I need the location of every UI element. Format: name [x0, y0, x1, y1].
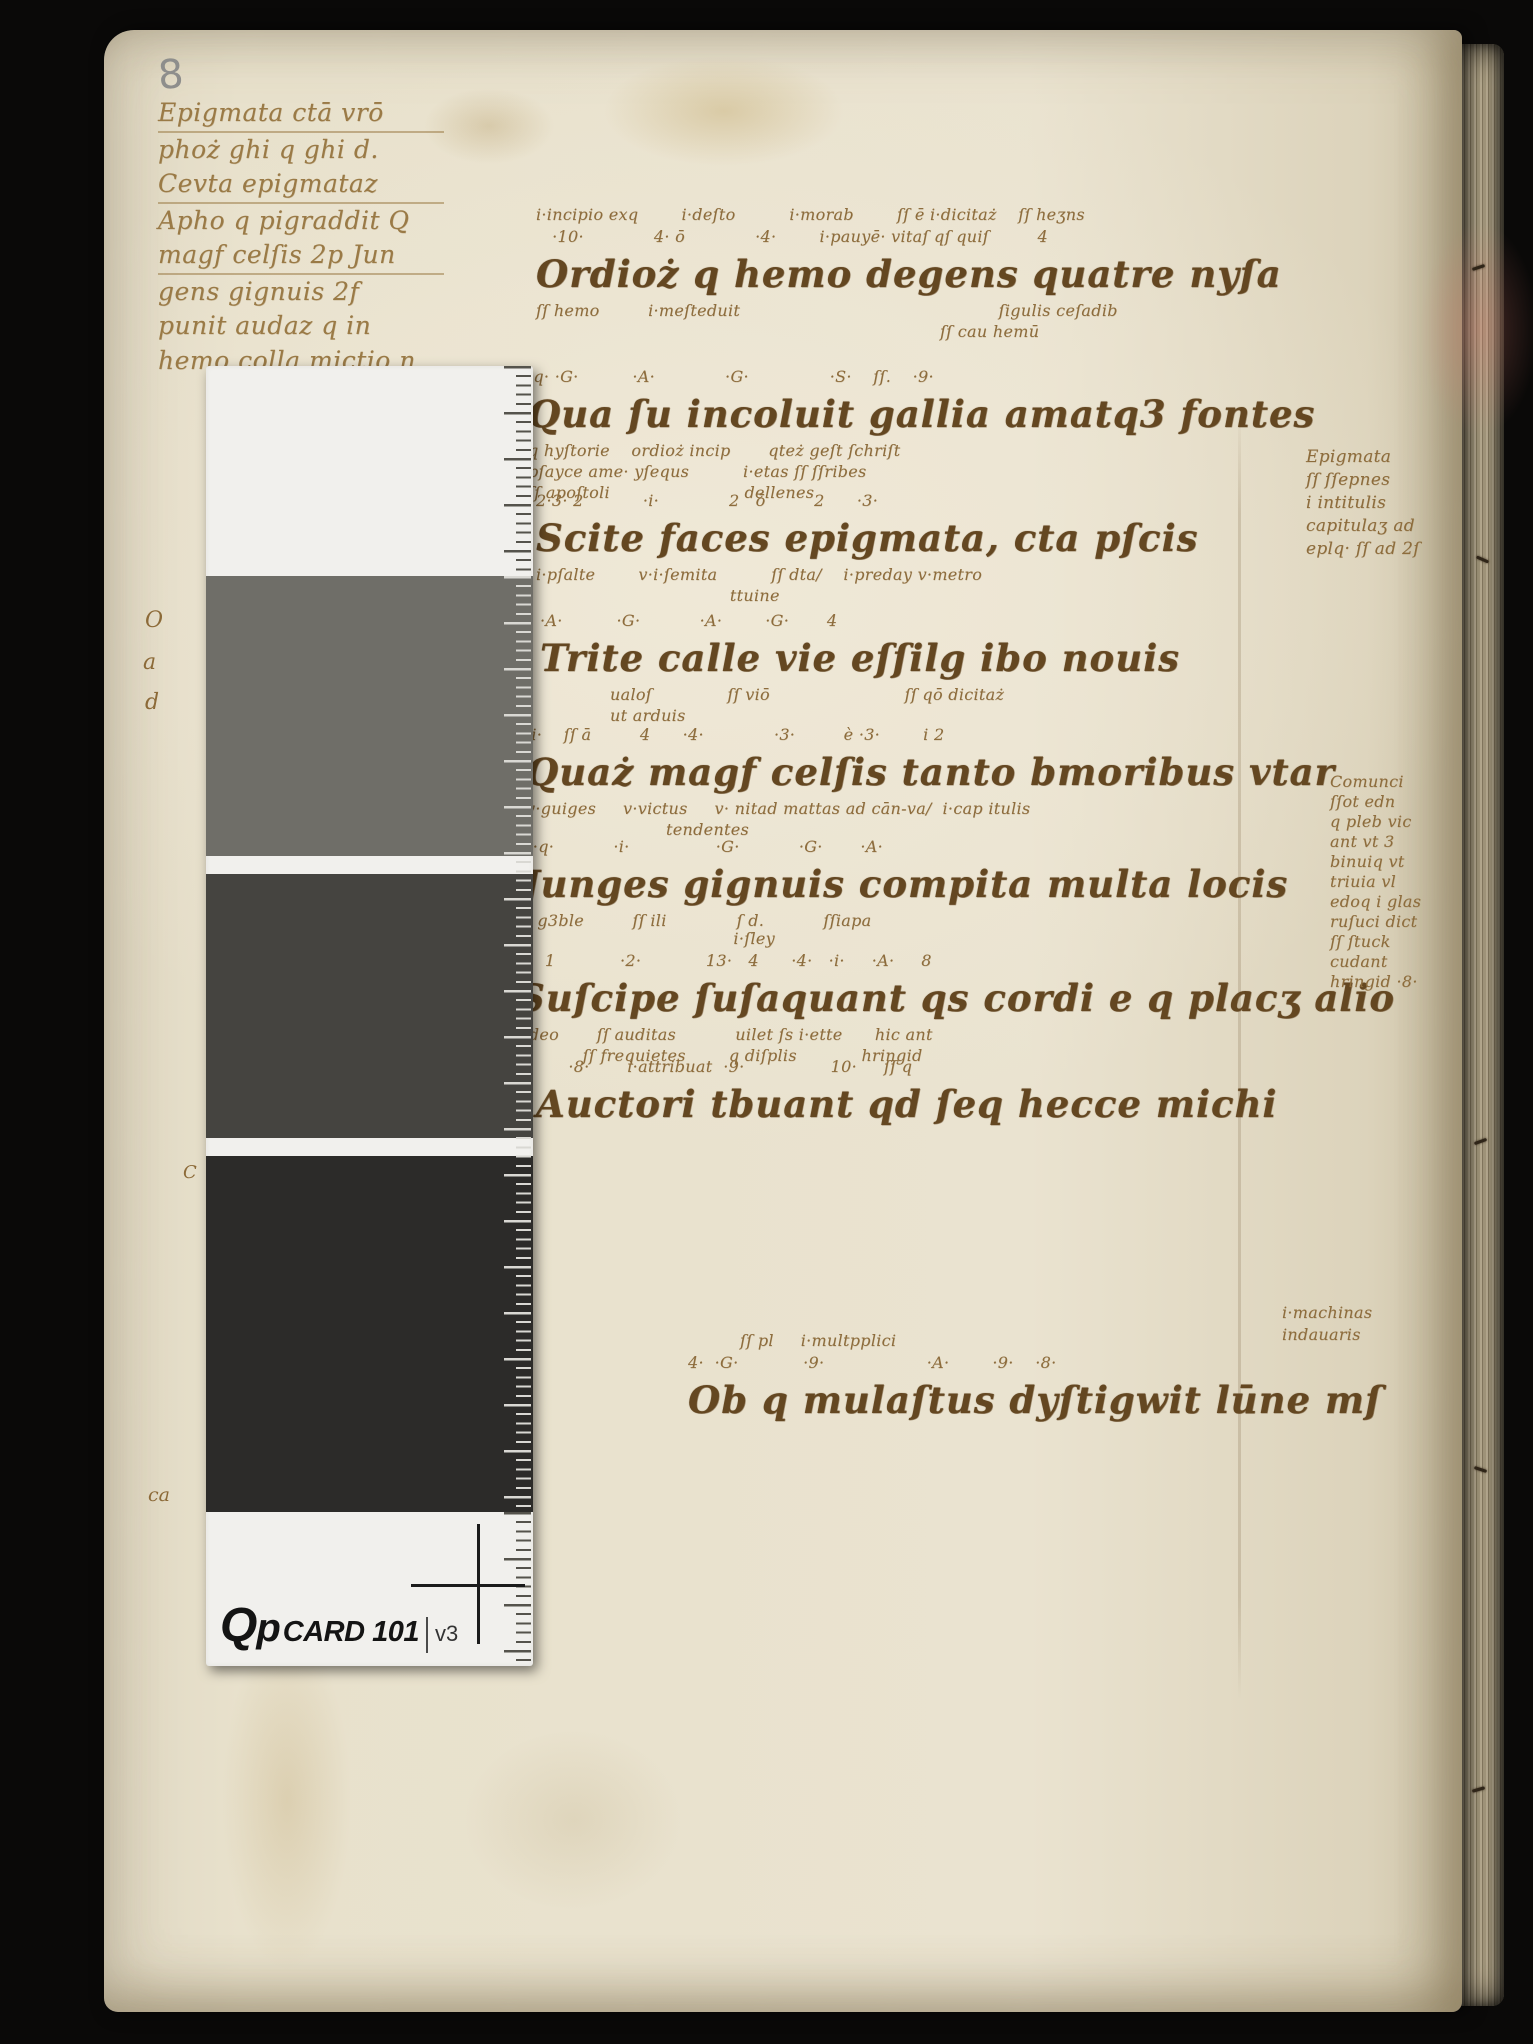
- verse-line-8: ·8· i·attribuat ·9· 10· ſſ q Auctori tbu…: [536, 1056, 1336, 1130]
- margin-gloss-line: hringid ·8·: [1330, 972, 1421, 992]
- margin-note-line: Epigmata ctā vrō: [158, 96, 444, 133]
- interlinear-gloss: ·q· ·G· ·A· ·G· ·S· ſſ. ·9·: [528, 366, 1328, 388]
- black-patch: [206, 1156, 533, 1512]
- interlinear-gloss: i·ſley: [518, 928, 1318, 950]
- right-margin-note-b: Comunci ſſot edn q pleb vic ant vt 3 bin…: [1330, 772, 1421, 992]
- verse-text: Trite calle vie eſſilg ibo nouis: [540, 632, 1340, 684]
- ruler-ticks: [501, 366, 531, 576]
- interlinear-gloss: q hyſtorie ordioż incip qteż geſt ſchriſ…: [528, 440, 1328, 461]
- verse-line-1: i·incipio exq i·deſto i·morab ſſ ē i·dic…: [536, 204, 1336, 342]
- margin-note-line: magf celſis 2p Jun: [158, 238, 444, 275]
- interlinear-gloss: i ·q· ·i· ·G· ·G· ·A·: [522, 836, 1322, 858]
- verse-line-5: ·i· ſſ ā 4 ·4· ·3· è ·3· i 2 Quaż magf c…: [526, 724, 1326, 840]
- margin-gloss-line: Comunci: [1330, 772, 1421, 792]
- verse-text: Scite faces epigmata, cta pſcis: [536, 512, 1336, 564]
- verse-line-6: i ·q· ·i· ·G· ·G· ·A· Junges gignuis com…: [522, 836, 1322, 931]
- interlinear-gloss: i·pſalte v·i·ſemita ſſ dta/ i·preday v·m…: [536, 564, 1336, 585]
- margin-fragment: O: [145, 608, 163, 633]
- grey-patch-dark: [206, 874, 533, 1138]
- verse-line-3: 2·3· 2 ·i· 2 ō 2 ·3· Scite faces epigmat…: [536, 490, 1336, 606]
- interlinear-gloss: ·8· i·attribuat ·9· 10· ſſ q: [536, 1056, 1336, 1078]
- interlinear-gloss: ut arduis: [540, 705, 1340, 726]
- interlinear-gloss: i·incipio exq i·deſto i·morab ſſ ē i·dic…: [536, 204, 1336, 226]
- verse-text: Quaż magf celſis tanto bmoribus vtar: [526, 746, 1326, 798]
- margin-fragment: d: [145, 690, 159, 715]
- stain: [604, 56, 844, 166]
- margin-gloss-line: q pleb vic: [1330, 812, 1421, 832]
- verse-text: Qua ſu incoluit gallia amatq3 fontes: [528, 388, 1328, 440]
- interlinear-gloss: ualoſ ſſ viō ſſ qō dicitaż: [540, 684, 1340, 705]
- margin-gloss-line: i intitulis: [1306, 492, 1420, 515]
- verse-text: Ob q mulaſtus dyſtigwit lūne mſ: [688, 1374, 1488, 1426]
- ruler-ticks: [501, 576, 531, 1512]
- margin-gloss-line: capitulaʒ ad: [1306, 515, 1420, 538]
- margin-note-line: punit audaz q in: [158, 309, 444, 344]
- margin-note-line: phoż ghi q ghi d.: [158, 133, 444, 168]
- crosshair-icon: [477, 1524, 480, 1644]
- verse-line-2: ·q· ·G· ·A· ·G· ·S· ſſ. ·9· Qua ſu incol…: [528, 366, 1328, 503]
- book-fore-edge: [1456, 44, 1504, 2006]
- margin-fragment: C: [183, 1162, 197, 1183]
- margin-gloss-line: i·machinas: [1282, 1302, 1372, 1324]
- interlinear-gloss: ſſ pl i·multpplici: [740, 1330, 896, 1352]
- interlinear-gloss: i·deo ſſ auditas uilet ſs i·ette hic ant: [518, 1024, 1318, 1045]
- verse-text: Junges gignuis compita multa locis: [522, 858, 1322, 910]
- stain: [464, 1730, 684, 1910]
- qpcard-color-calibration-card: Q p CARD 101 v3: [206, 366, 533, 1666]
- ruler-ticks: [501, 1512, 531, 1666]
- qpcard-logo-rest: CARD 101: [283, 1616, 419, 1649]
- interlinear-gloss: ſſ hemo i·meſteduit ſigulis ceſadib: [536, 300, 1336, 321]
- crosshair-icon: [411, 1584, 525, 1587]
- verse-text: Suſcipe ſuſaquant qs cordi e q placʒ ali…: [518, 972, 1318, 1024]
- margin-gloss-line: ant vt 3: [1330, 832, 1421, 852]
- margin-gloss-line: eplq· ſſ ad 2ſ: [1306, 538, 1420, 561]
- interlinear-gloss: 2·3· 2 ·i· 2 ō 2 ·3·: [536, 490, 1336, 512]
- verse-line-7: i·ſley 1 ·2· 13· 4 ·4· ·i· ·A· 8 Suſcipe…: [518, 928, 1318, 1066]
- right-margin-note-a: Epigmata ſſ ſſepnes i intitulis capitula…: [1306, 446, 1420, 561]
- interlinear-gloss: v·guiges v·victus v· nitad mattas ad cān…: [526, 798, 1326, 819]
- margin-gloss-line: ſſ ſſepnes: [1306, 469, 1420, 492]
- qpcard-logo-p: p: [256, 1606, 279, 1651]
- margin-gloss-small: i·machinas indauaris: [1282, 1302, 1372, 1346]
- interlinear-gloss: ttuine: [536, 585, 1336, 606]
- qpcard-logo: Q p CARD 101 v3: [220, 1598, 458, 1653]
- stain: [222, 1630, 352, 1970]
- verse-text: Ordioż q hemo degens quatre nyſa: [536, 248, 1336, 300]
- interlinear-gloss: ſſ cau hemū: [536, 321, 1336, 342]
- margin-gloss-line: ſſot edn: [1330, 792, 1421, 812]
- margin-gloss-line: cudant: [1330, 952, 1421, 972]
- margin-gloss-line: edoq i glas: [1330, 892, 1421, 912]
- interlinear-gloss: pſayce ame· yſequs i·etas ſſ ſſribes: [528, 461, 1328, 482]
- margin-fragment: ca: [148, 1484, 170, 1506]
- qpcard-logo-divider: [426, 1617, 428, 1653]
- interlinear-gloss: ·10· 4· ō ·4· i·pauyē· vitaſ qſ quiſ 4: [536, 226, 1336, 248]
- margin-note-line: Cevta epigmataz: [158, 167, 444, 204]
- margin-note-line: gens gignuis 2f: [158, 275, 444, 310]
- margin-fragment: a: [143, 650, 156, 675]
- grey-patch-light: [206, 576, 533, 856]
- folio-number: 8: [156, 51, 185, 99]
- qpcard-logo-q: Q: [220, 1598, 256, 1653]
- verse-line-final: 4· ·G· ·9· ·A· ·9· ·8· Ob q mulaſtus dyſ…: [688, 1352, 1488, 1426]
- interlinear-gloss: 1 ·2· 13· 4 ·4· ·i· ·A· 8: [518, 950, 1318, 972]
- margin-gloss-line: triuia vl: [1330, 872, 1421, 892]
- verse-text: Auctori tbuant qd ſeq hecce michi: [536, 1078, 1336, 1130]
- margin-note-line: Apho q pigraddit Q: [158, 204, 444, 239]
- margin-note-block: Epigmata ctā vrō phoż ghi q ghi d. Cevta…: [158, 96, 444, 378]
- margin-gloss-line: ſſ ſtuck: [1330, 932, 1421, 952]
- interlinear-gloss: 4· ·G· ·9· ·A· ·9· ·8·: [688, 1352, 1488, 1374]
- margin-gloss-line: Epigmata: [1306, 446, 1420, 469]
- verse-line-4: ·A· ·G· ·A· ·G· 4 Trite calle vie eſſilg…: [540, 610, 1340, 726]
- interlinear-gloss: ·A· ·G· ·A· ·G· 4: [540, 610, 1340, 632]
- margin-gloss-line: ruſuci dict: [1330, 912, 1421, 932]
- interlinear-gloss: ·i· ſſ ā 4 ·4· ·3· è ·3· i 2: [526, 724, 1326, 746]
- qpcard-logo-version: v3: [435, 1621, 458, 1647]
- margin-gloss-line: binuiq vt: [1330, 852, 1421, 872]
- margin-gloss-line: indauaris: [1282, 1324, 1372, 1346]
- photo-backdrop: { "folio_number": "8", "colors": { "back…: [0, 0, 1533, 2044]
